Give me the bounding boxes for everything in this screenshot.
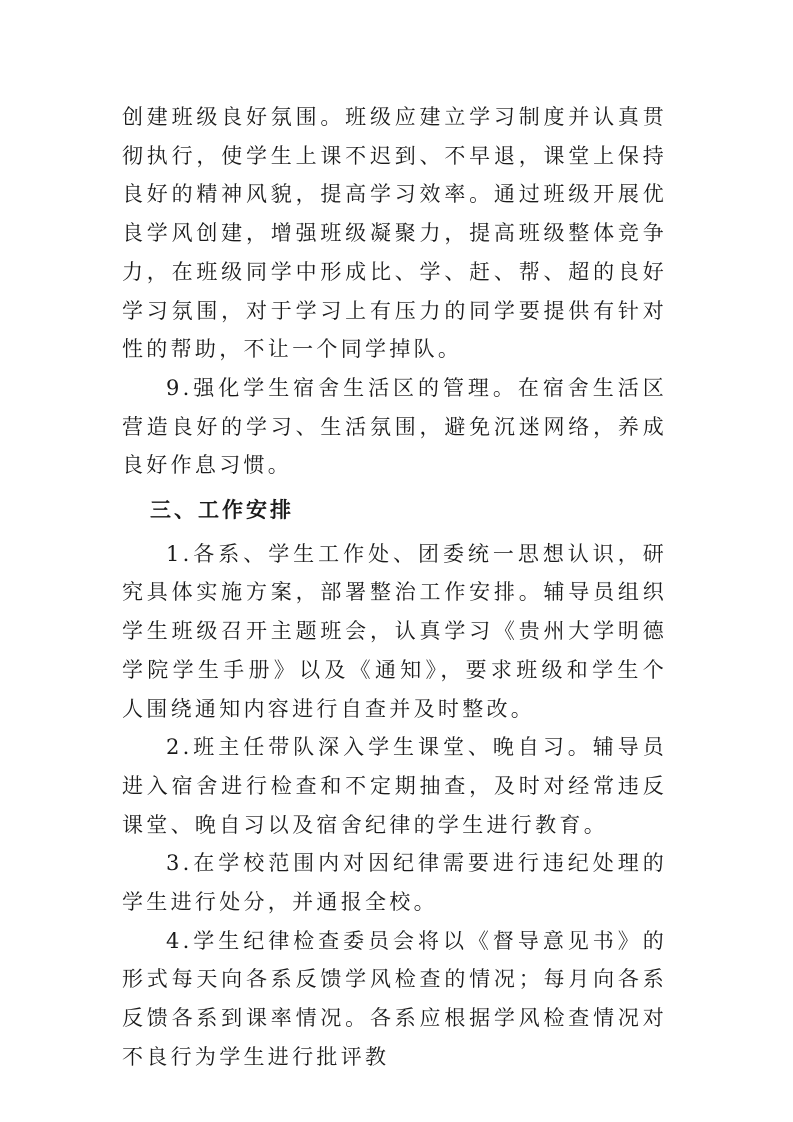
document-page: 创建班级良好氛围。班级应建立学习制度并认真贯彻执行，使学生上课不迟到、不早退，课…	[122, 98, 667, 1077]
paragraph-item-2: 2.班主任带队深入学生课堂、晚自习。辅导员进入宿舍进行检查和不定期抽查，及时对经…	[122, 728, 667, 844]
section-heading: 三、工作安排	[122, 491, 667, 530]
paragraph-continuation: 创建班级良好氛围。班级应建立学习制度并认真贯彻执行，使学生上课不迟到、不早退，课…	[122, 98, 667, 369]
paragraph-item-3: 3.在学校范围内对因纪律需要进行违纪处理的学生进行处分，并通报全校。	[122, 844, 667, 921]
paragraph-item-1: 1.各系、学生工作处、团委统一思想认识，研究具体实施方案，部署整治工作安排。辅导…	[122, 535, 667, 729]
paragraph-item-9: 9.强化学生宿舍生活区的管理。在宿舍生活区营造良好的学习、生活氛围，避免沉迷网络…	[122, 369, 667, 485]
paragraph-item-4: 4.学生纪律检查委员会将以《督导意见书》的形式每天向各系反馈学风检查的情况；每月…	[122, 922, 667, 1077]
